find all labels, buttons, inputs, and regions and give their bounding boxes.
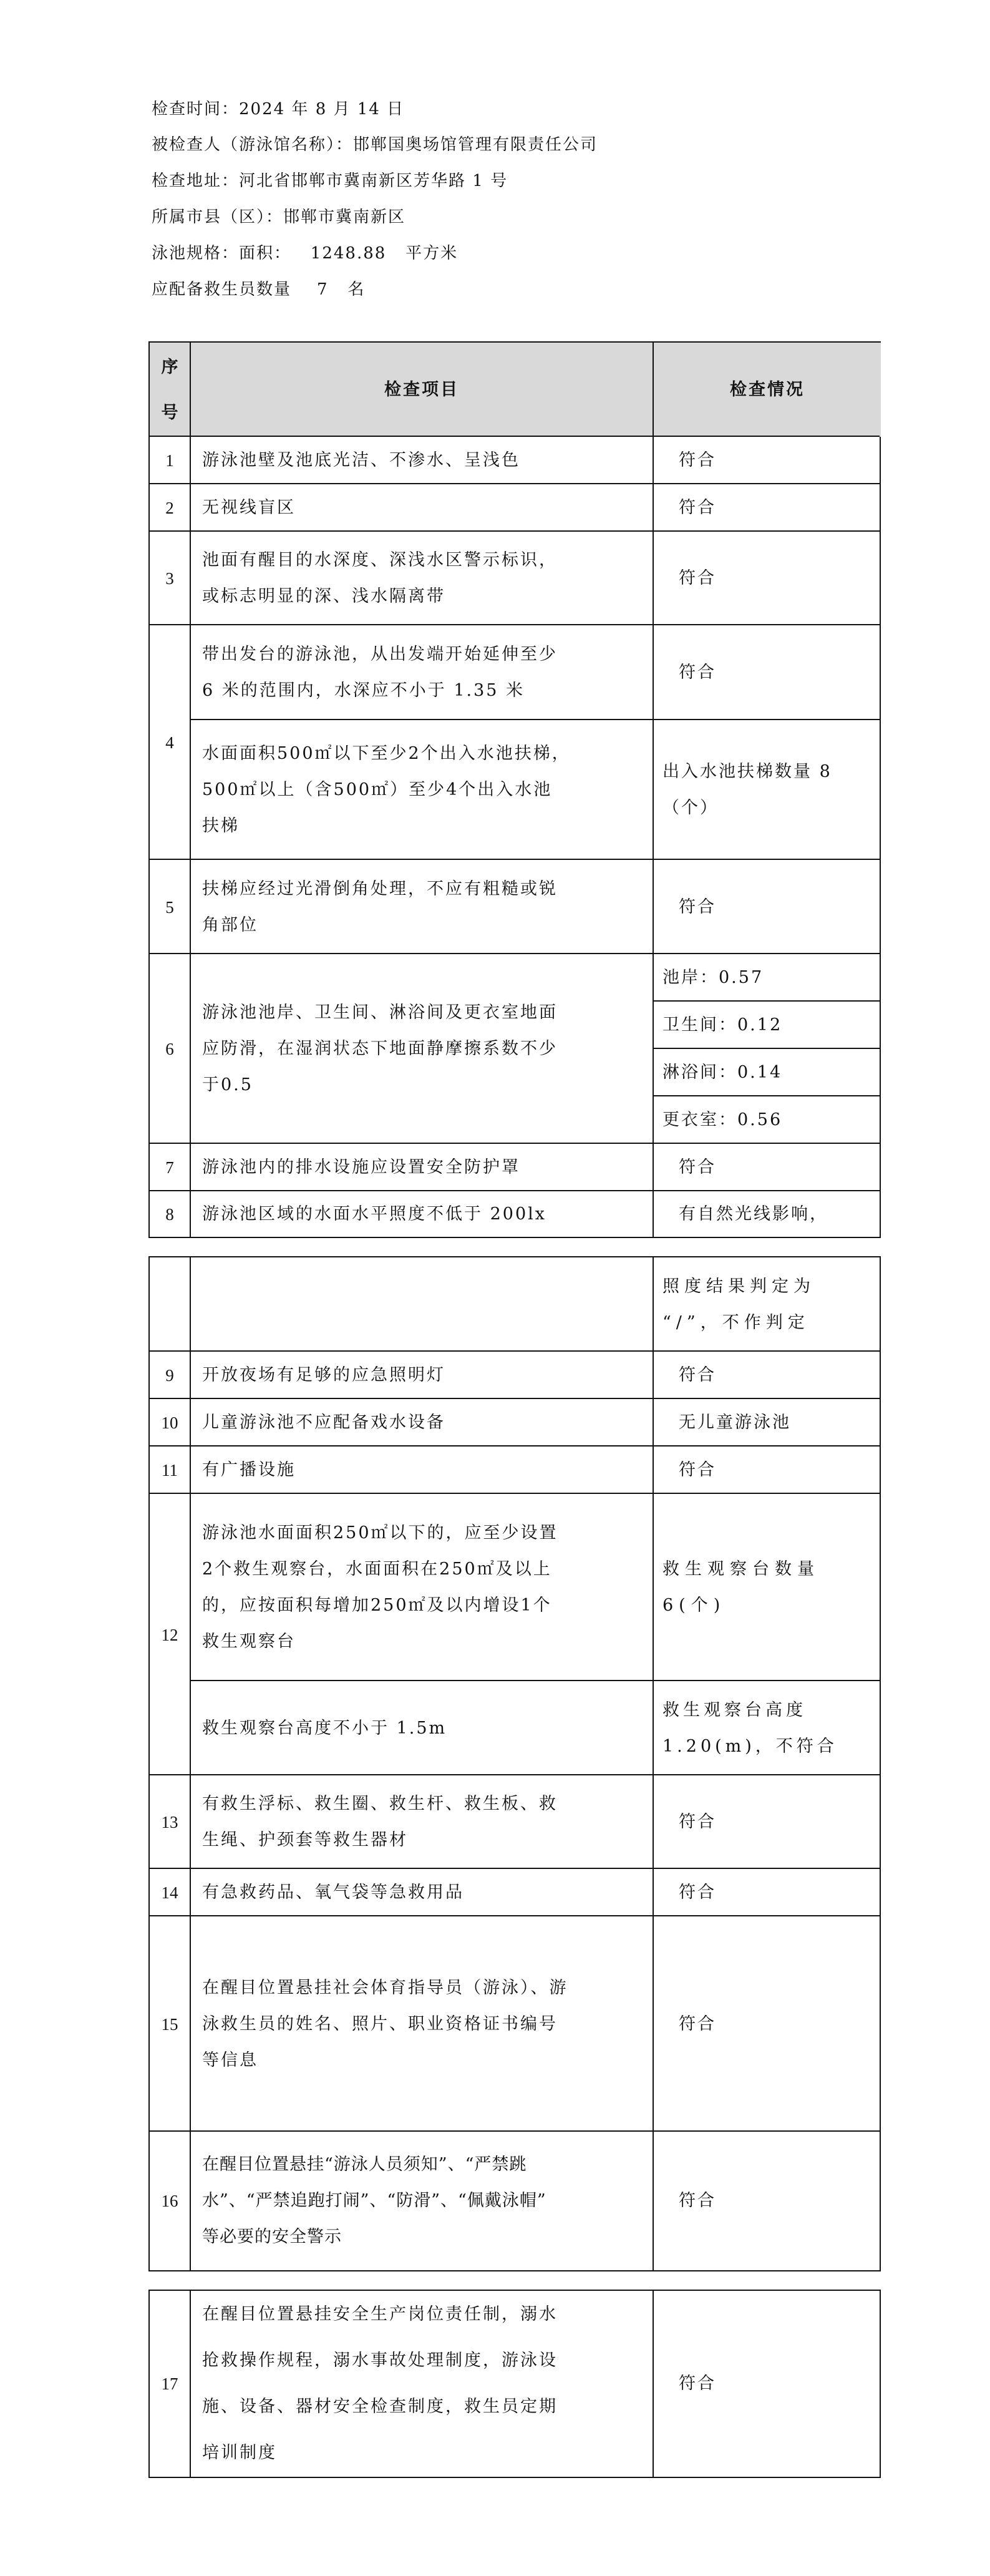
row-8-cont-result: 照度结果判定为 “/”，不作判定 xyxy=(654,1257,881,1352)
row-6-result-shower: 淋浴间：0.14 xyxy=(654,1049,881,1096)
lifeguards-required: 应配备救生员数量 7 名 xyxy=(152,280,365,299)
row-13-item: 有救生浮标、救生圈、救生杆、救生板、救 生绳、护颈套等救生器材 xyxy=(191,1775,654,1869)
inspected-party: 被检查人（游泳馆名称）：邯郸国奥场馆管理有限责任公司 xyxy=(152,135,598,154)
row-8-result: 有自然光线影响， xyxy=(654,1191,881,1237)
pool-spec: 泳池规格：面积： 1248.88 平方米 xyxy=(152,244,458,263)
row-1-result: 符合 xyxy=(654,437,881,484)
row-5-result: 符合 xyxy=(654,860,881,954)
row-17-result: 符合 xyxy=(654,2291,881,2477)
row-2-result: 符合 xyxy=(654,484,881,532)
row-17-item: 在醒目位置悬挂安全生产岗位责任制，溺水 抢救操作规程，溺水事故处理制度，游泳设 … xyxy=(191,2291,654,2477)
header-result: 检查情况 xyxy=(654,343,881,437)
row-17-no: 17 xyxy=(150,2291,191,2477)
row-9-no: 9 xyxy=(150,1352,191,1399)
row-8-cont-no xyxy=(150,1257,191,1352)
inspection-time: 检查时间：2024 年 8 月 14 日 xyxy=(152,100,404,119)
row-15-item: 在醒目位置悬挂社会体育指导员（游泳）、游 泳救生员的姓名、照片、职业资格证书编号… xyxy=(191,1916,654,2132)
row-11-no: 11 xyxy=(150,1447,191,1494)
row-6-item: 游泳池池岸、卫生间、淋浴间及更衣室地面 应防滑，在湿润状态下地面静摩擦系数不少 … xyxy=(191,954,654,1144)
row-12b-result: 救生观察台高度 1.20(m)，不符合 xyxy=(654,1681,881,1775)
row-7-result: 符合 xyxy=(654,1144,881,1191)
row-16-no: 16 xyxy=(150,2132,191,2270)
row-1-item: 游泳池壁及池底光洁、不渗水、呈浅色 xyxy=(191,437,654,484)
row-6-no: 6 xyxy=(150,954,191,1144)
row-12-no: 12 xyxy=(150,1494,191,1775)
row-12a-item: 游泳池水面面积250㎡以下的，应至少设置 2个救生观察台，水面面积在250㎡及以… xyxy=(191,1494,654,1681)
row-4-no: 4 xyxy=(150,625,191,860)
row-10-no: 10 xyxy=(150,1399,191,1447)
row-11-item: 有广播设施 xyxy=(191,1447,654,1494)
inspection-address: 检查地址：河北省邯郸市冀南新区芳华路 1 号 xyxy=(152,172,508,190)
inspection-table-part-2: 照度结果判定为 “/”，不作判定 9 开放夜场有足够的应急照明灯 符合 10 儿… xyxy=(148,1256,881,2271)
row-4a-item: 带出发台的游泳池，从出发端开始延伸至少 6 米的范围内，水深应不小于 1.35 … xyxy=(191,625,654,720)
header-item: 检查项目 xyxy=(191,343,654,437)
row-3-result: 符合 xyxy=(654,532,881,625)
row-13-result: 符合 xyxy=(654,1775,881,1869)
row-8-cont-item xyxy=(191,1257,654,1352)
header-no-line1: 序 xyxy=(162,359,178,376)
row-16-item: 在醒目位置悬挂“游泳人员须知”、“严禁跳 水”、“严禁追跑打闹”、“防滑”、“佩… xyxy=(191,2132,654,2270)
row-2-item: 无视线盲区 xyxy=(191,484,654,532)
row-6-result-locker-room: 更衣室：0.56 xyxy=(654,1096,881,1144)
row-8-no: 8 xyxy=(150,1191,191,1237)
row-2-no: 2 xyxy=(150,484,191,532)
row-9-result: 符合 xyxy=(654,1352,881,1399)
district: 所属市县（区）：邯郸市冀南新区 xyxy=(152,208,405,227)
row-12b-item: 救生观察台高度不小于 1.5m xyxy=(191,1681,654,1775)
row-14-no: 14 xyxy=(150,1869,191,1916)
inspection-table-part-3: 17 在醒目位置悬挂安全生产岗位责任制，溺水 抢救操作规程，溺水事故处理制度，游… xyxy=(148,2290,881,2478)
row-13-no: 13 xyxy=(150,1775,191,1869)
row-3-item: 池面有醒目的水深度、深浅水区警示标识， 或标志明显的深、浅水隔离带 xyxy=(191,532,654,625)
row-6-result-pool-deck: 池岸：0.57 xyxy=(654,954,881,1002)
header-no-line2: 号 xyxy=(162,404,178,421)
row-5-no: 5 xyxy=(150,860,191,954)
row-9-item: 开放夜场有足够的应急照明灯 xyxy=(191,1352,654,1399)
row-4b-item: 水面面积500㎡以下至少2个出入水池扶梯， 500㎡以上（含500㎡）至少4个出… xyxy=(191,720,654,860)
row-12a-result: 救生观察台数量 6(个) xyxy=(654,1494,881,1681)
row-7-no: 7 xyxy=(150,1144,191,1191)
row-10-item: 儿童游泳池不应配备戏水设备 xyxy=(191,1399,654,1447)
row-4a-result: 符合 xyxy=(654,625,881,720)
row-10-result: 无儿童游泳池 xyxy=(654,1399,881,1447)
row-11-result: 符合 xyxy=(654,1447,881,1494)
row-5-item: 扶梯应经过光滑倒角处理，不应有粗糙或锐 角部位 xyxy=(191,860,654,954)
row-8-item: 游泳池区域的水面水平照度不低于 200lx xyxy=(191,1191,654,1237)
row-16-result: 符合 xyxy=(654,2132,881,2270)
row-3-no: 3 xyxy=(150,532,191,625)
row-6-result-restroom: 卫生间：0.12 xyxy=(654,1002,881,1049)
row-15-result: 符合 xyxy=(654,1916,881,2132)
header-no: 序 号 xyxy=(150,343,191,437)
row-14-result: 符合 xyxy=(654,1869,881,1916)
inspection-table-part-1: 序 号 检查项目 检查情况 1 游泳池壁及池底光洁、不渗水、呈浅色 符合 2 无… xyxy=(148,341,881,1238)
row-1-no: 1 xyxy=(150,437,191,484)
row-14-item: 有急救药品、氧气袋等急救用品 xyxy=(191,1869,654,1916)
row-7-item: 游泳池内的排水设施应设置安全防护罩 xyxy=(191,1144,654,1191)
row-4b-result: 出入水池扶梯数量 8 （个） xyxy=(654,720,881,860)
row-15-no: 15 xyxy=(150,1916,191,2132)
